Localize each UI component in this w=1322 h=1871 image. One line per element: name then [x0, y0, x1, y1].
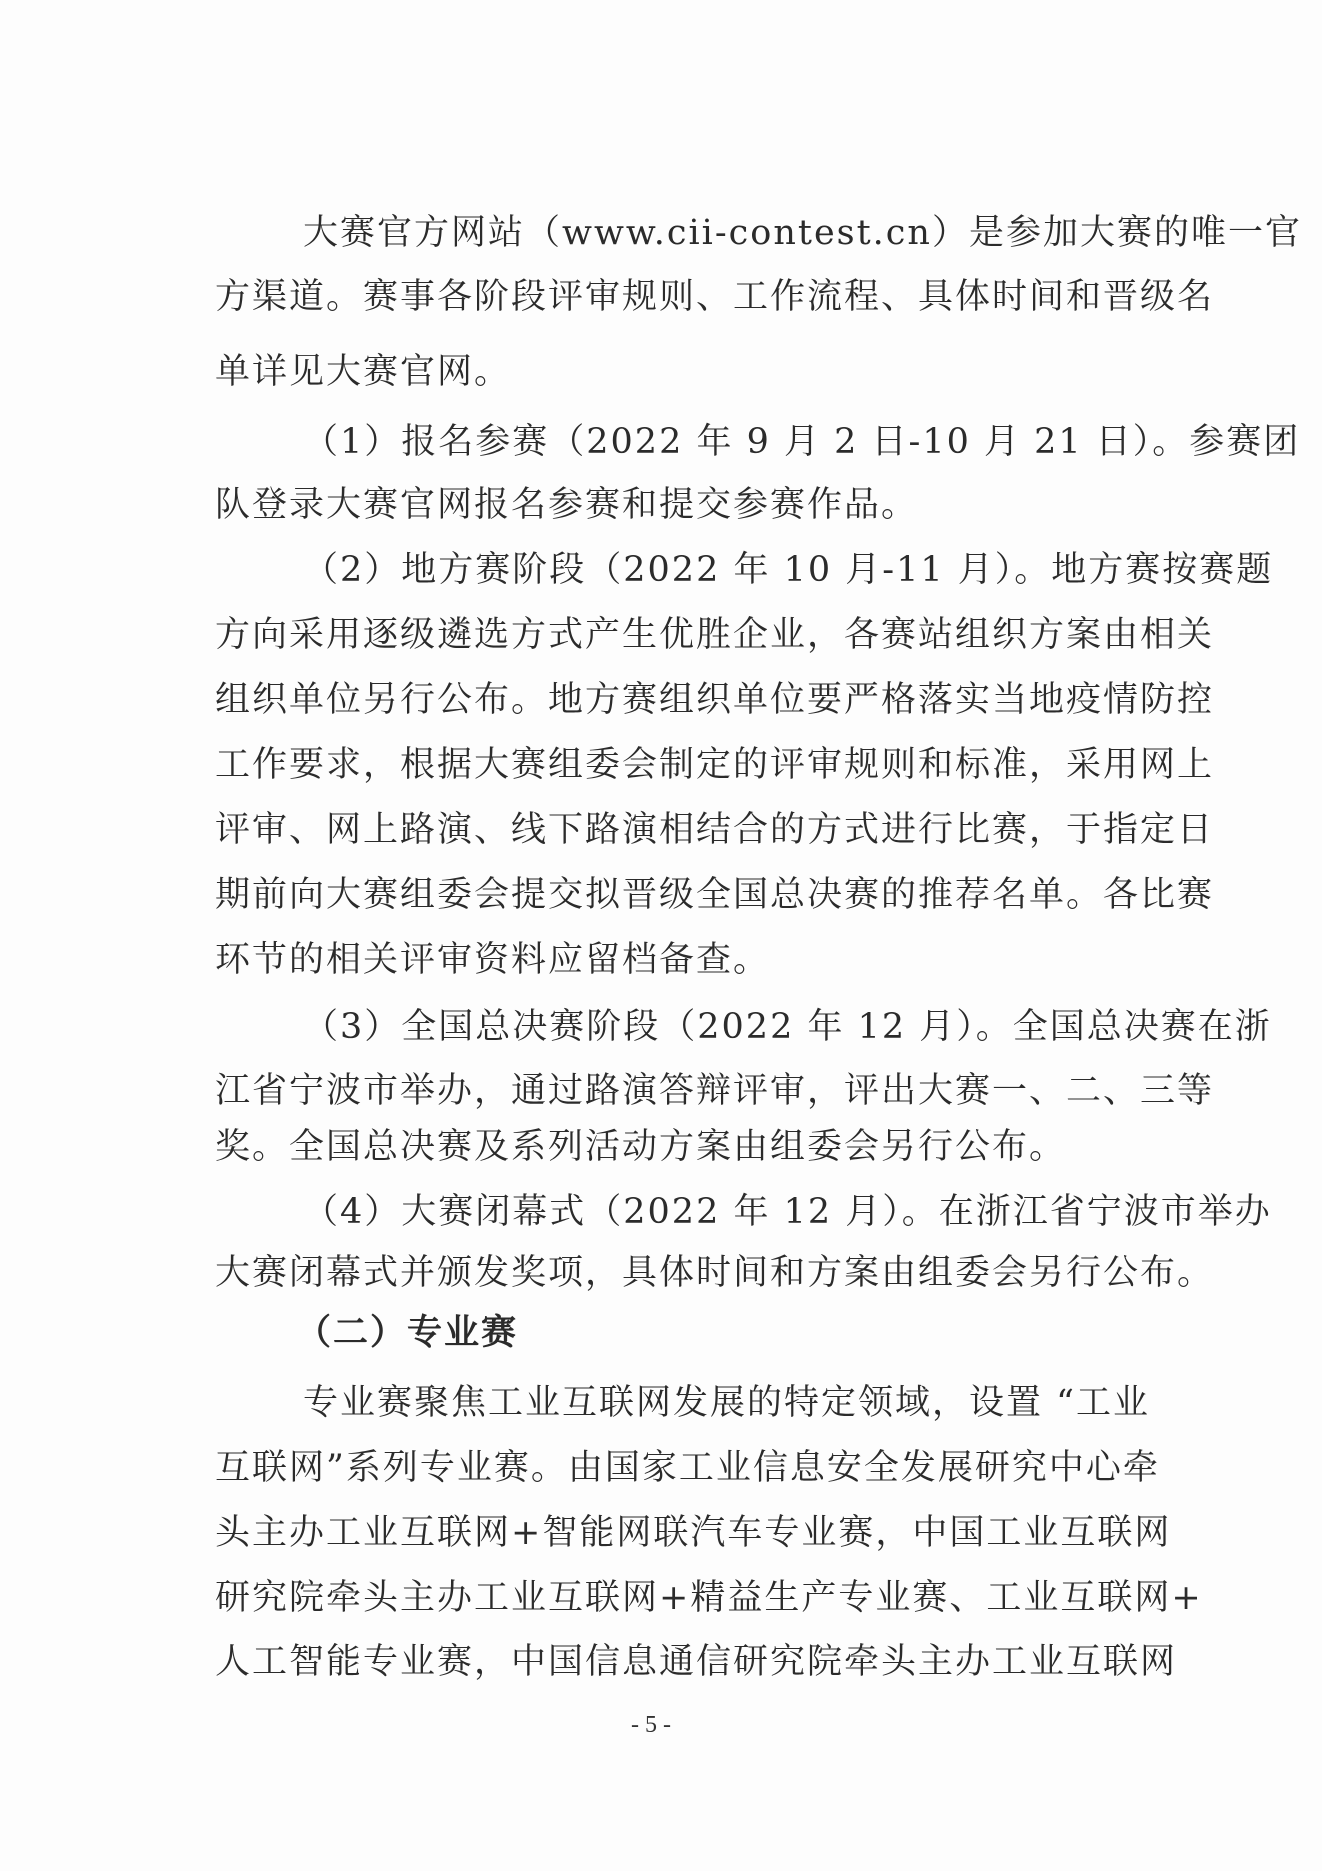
page-number: - 5 -	[611, 1710, 691, 1740]
paragraph-local-stage-line-5: 评审、网上路演、线下路演相结合的方式进行比赛，于指定日	[215, 805, 1093, 855]
paragraph-website-line-1: 大赛官方网站（www.cii-contest.cn）是参加大赛的唯一官	[303, 208, 1093, 258]
paragraph-professional-line-2: 互联网”系列专业赛。由国家工业信息安全发展研究中心牵	[215, 1443, 1093, 1493]
paragraph-finals-line-3: 奖。全国总决赛及系列活动方案由组委会另行公布。	[215, 1122, 1093, 1172]
paragraph-professional-line-4: 研究院牵头主办工业互联网+精益生产专业赛、工业互联网+	[215, 1573, 1093, 1623]
paragraph-local-stage-line-7: 环节的相关评审资料应留档备查。	[215, 935, 1093, 985]
paragraph-finals-line-1: （3）全国总决赛阶段（2022 年 12 月）。全国总决赛在浙	[303, 1002, 1093, 1052]
paragraph-professional-line-3: 头主办工业互联网+智能网联汽车专业赛，中国工业互联网	[215, 1508, 1093, 1558]
paragraph-closing-line-2: 大赛闭幕式并颁发奖项，具体时间和方案由组委会另行公布。	[215, 1248, 1093, 1298]
paragraph-local-stage-line-3: 组织单位另行公布。地方赛组织单位要严格落实当地疫情防控	[215, 675, 1093, 725]
section-heading-professional-contest: （二）专业赛	[296, 1308, 696, 1358]
paragraph-professional-line-1: 专业赛聚焦工业互联网发展的特定领域，设置 “工业	[303, 1378, 1093, 1428]
paragraph-professional-line-5: 人工智能专业赛，中国信息通信研究院牵头主办工业互联网	[215, 1637, 1093, 1687]
paragraph-finals-line-2: 江省宁波市举办，通过路演答辩评审，评出大赛一、二、三等	[215, 1066, 1093, 1116]
paragraph-local-stage-line-4: 工作要求，根据大赛组委会制定的评审规则和标准，采用网上	[215, 740, 1093, 790]
paragraph-website-line-2: 方渠道。赛事各阶段评审规则、工作流程、具体时间和晋级名	[215, 272, 1093, 322]
paragraph-registration-line-1: （1）报名参赛（2022 年 9 月 2 日-10 月 21 日）。参赛团	[303, 417, 1093, 467]
paragraph-website-line-3: 单详见大赛官网。	[215, 347, 1093, 397]
document-page: 大赛官方网站（www.cii-contest.cn）是参加大赛的唯一官 方渠道。…	[0, 0, 1322, 1871]
paragraph-local-stage-line-6: 期前向大赛组委会提交拟晋级全国总决赛的推荐名单。各比赛	[215, 870, 1093, 920]
paragraph-local-stage-line-1: （2）地方赛阶段（2022 年 10 月-11 月）。地方赛按赛题	[303, 545, 1093, 595]
paragraph-local-stage-line-2: 方向采用逐级遴选方式产生优胜企业，各赛站组织方案由相关	[215, 610, 1093, 660]
paragraph-closing-line-1: （4）大赛闭幕式（2022 年 12 月）。在浙江省宁波市举办	[303, 1187, 1093, 1237]
paragraph-registration-line-2: 队登录大赛官网报名参赛和提交参赛作品。	[215, 480, 1093, 530]
